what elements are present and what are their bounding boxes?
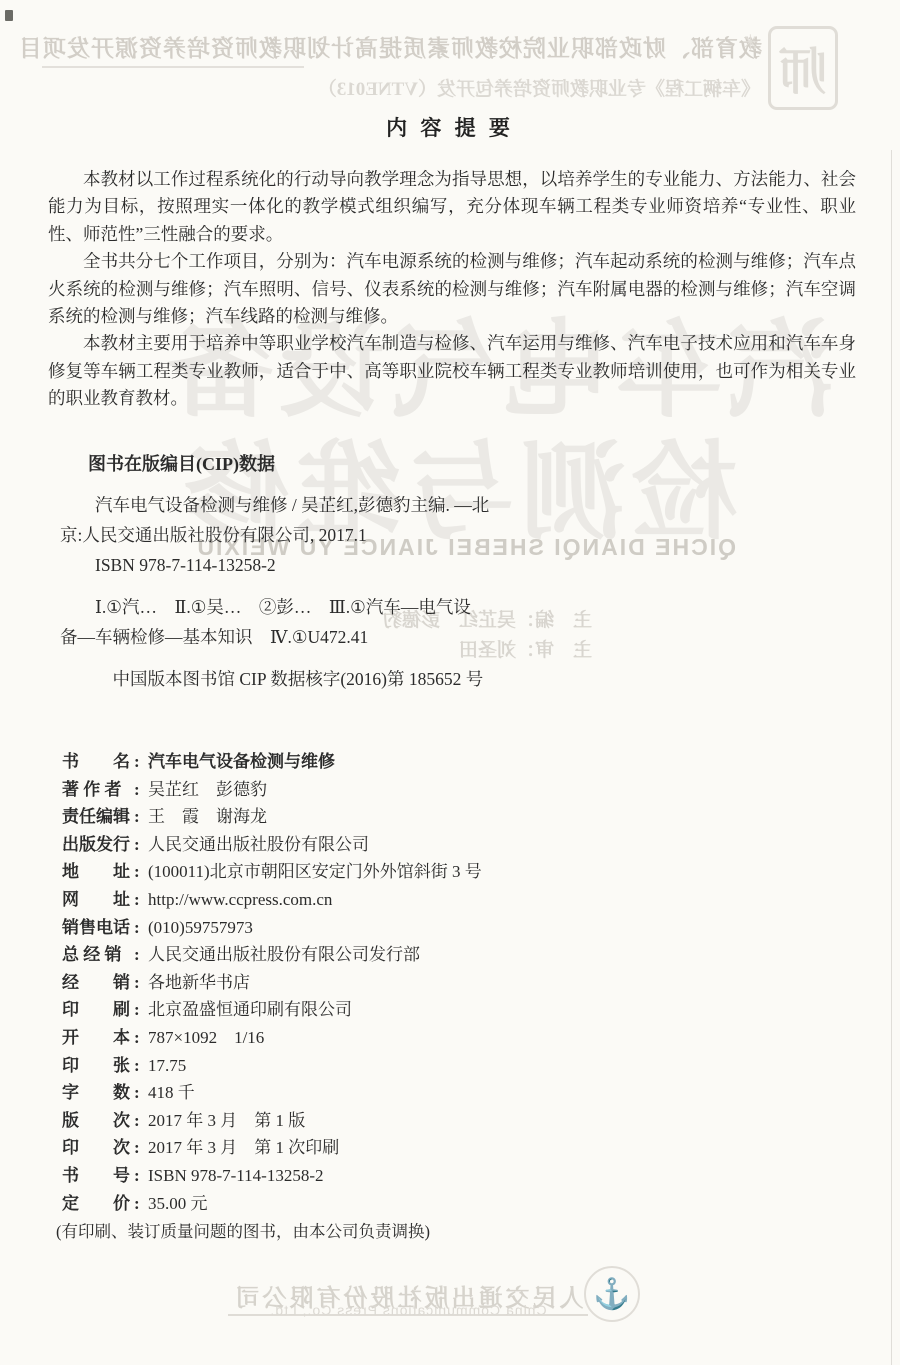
- cip-classification-line: 备—车辆检修—基本知识 Ⅳ.①U472.41: [60, 622, 680, 652]
- colophon-value: (100011)北京市朝阳区安定门外外馆斜街 3 号: [148, 862, 482, 881]
- cip-line: 汽车电气设备检测与维修 / 吴芷红,彭德豹主编. —北: [60, 490, 680, 520]
- cip-data-block: 图书在版编目(CIP)数据 汽车电气设备检测与维修 / 吴芷红,彭德豹主编. —…: [60, 450, 680, 694]
- bleedthrough-rule: [42, 66, 304, 68]
- bleedthrough-series-title: 教育部、财政部职业院校教师素质提高计划职教师资培养资源开发项目: [40, 30, 762, 63]
- colophon-label: 开 本: [62, 1024, 134, 1052]
- colophon-colon: :: [134, 803, 148, 831]
- scan-artifact-speck: [5, 10, 13, 21]
- colophon-colon: :: [134, 1052, 148, 1080]
- colophon-row-distributor: 总 经 销:人民交通出版社股份有限公司发行部: [62, 941, 842, 969]
- colophon-colon: :: [134, 941, 148, 969]
- cip-heading: 图书在版编目(CIP)数据: [88, 450, 680, 476]
- colophon-value: 787×1092 1/16: [148, 1028, 264, 1047]
- colophon-colon: :: [134, 1190, 148, 1218]
- colophon-label: 经 销: [62, 969, 134, 997]
- colophon-row-edition: 版 次:2017 年 3 月 第 1 版: [62, 1107, 842, 1135]
- bleedthrough-publisher-logo: ⚓: [584, 1266, 640, 1322]
- colophon-row-retailer: 经 销:各地新华书店: [62, 969, 842, 997]
- colophon-colon: :: [134, 776, 148, 804]
- colophon-colon: :: [134, 969, 148, 997]
- colophon-value: 各地新华书店: [148, 973, 250, 992]
- content-summary-body: 本教材以工作过程系统化的行动导向教学理念为指导思想，以培养学生的专业能力、方法能…: [48, 166, 856, 413]
- content-summary-heading: 内 容 提 要: [0, 112, 900, 142]
- quality-exchange-note: (有印刷、装订质量问题的图书，由本公司负责调换): [56, 1218, 430, 1245]
- colophon-label: 著 作 者: [62, 776, 134, 804]
- colophon-label: 版 次: [62, 1107, 134, 1135]
- scanned-copyright-page: 教育部、财政部职业院校教师素质提高计划职教师资培养资源开发项目 《车辆工程》专业…: [0, 0, 900, 1365]
- cip-line: 京:人民交通出版社股份有限公司, 2017.1: [60, 520, 680, 550]
- colophon-colon: :: [134, 831, 148, 859]
- colophon-colon: :: [134, 1079, 148, 1107]
- colophon-label: 印 刷: [62, 996, 134, 1024]
- colophon-value: 人民交通出版社股份有限公司发行部: [148, 945, 420, 964]
- cip-line: ISBN 978-7-114-13258-2: [60, 550, 680, 580]
- colophon-row-address: 地 址:(100011)北京市朝阳区安定门外外馆斜街 3 号: [62, 858, 842, 886]
- summary-paragraph: 本教材以工作过程系统化的行动导向教学理念为指导思想，以培养学生的专业能力、方法能…: [48, 166, 856, 248]
- colophon-value: 418 千: [148, 1083, 195, 1102]
- colophon-colon: :: [134, 748, 148, 776]
- colophon-colon: :: [134, 1134, 148, 1162]
- colophon-label: 地 址: [62, 858, 134, 886]
- colophon-label: 总 经 销: [62, 941, 134, 969]
- colophon-value: (010)59757973: [148, 918, 253, 937]
- colophon-row-word-count: 字 数:418 千: [62, 1079, 842, 1107]
- summary-paragraph: 全书共分七个工作项目，分别为：汽车电源系统的检测与维修；汽车起动系统的检测与维修…: [48, 248, 856, 330]
- colophon-value: 王 霞 谢海龙: [148, 807, 267, 826]
- cip-classification-line: Ⅰ.①汽… Ⅱ.①吴… ②彭… Ⅲ.①汽车—电气设: [60, 592, 680, 622]
- colophon-value: 北京盈盛恒通印刷有限公司: [148, 1000, 352, 1019]
- colophon-label: 销售电话: [62, 914, 134, 942]
- colophon-label: 定 价: [62, 1190, 134, 1218]
- colophon-row-authors: 著 作 者:吴芷红 彭德豹: [62, 776, 842, 804]
- colophon-colon: :: [134, 858, 148, 886]
- colophon-value: ISBN 978-7-114-13258-2: [148, 1166, 324, 1185]
- colophon-row-publisher: 出版发行:人民交通出版社股份有限公司: [62, 831, 842, 859]
- colophon-label: 书 名: [62, 748, 134, 776]
- colophon-colon: :: [134, 1024, 148, 1052]
- colophon-value: 汽车电气设备检测与维修: [148, 752, 335, 771]
- colophon-value: 2017 年 3 月 第 1 版: [148, 1111, 305, 1130]
- scan-edge-line: [891, 150, 892, 1365]
- anchor-icon: ⚓: [593, 1277, 630, 1312]
- colophon-label: 字 数: [62, 1079, 134, 1107]
- colophon-label: 网 址: [62, 886, 134, 914]
- colophon-row-printing: 印 次:2017 年 3 月 第 1 次印刷: [62, 1134, 842, 1162]
- colophon-value: 2017 年 3 月 第 1 次印刷: [148, 1138, 339, 1157]
- colophon-colon: :: [134, 886, 148, 914]
- colophon-colon: :: [134, 996, 148, 1024]
- colophon-row-format: 开 本:787×1092 1/16: [62, 1024, 842, 1052]
- bleedthrough-teacher-logo: 师: [768, 26, 838, 110]
- colophon-row-isbn: 书 号:ISBN 978-7-114-13258-2: [62, 1162, 842, 1190]
- bleedthrough-publisher-en: China Communications Press Co., Ltd.: [222, 1302, 594, 1318]
- colophon-row-price: 定 价:35.00 元: [62, 1190, 842, 1218]
- colophon-row-title: 书 名:汽车电气设备检测与维修: [62, 748, 842, 776]
- colophon-colon: :: [134, 1162, 148, 1190]
- colophon-value: 35.00 元: [148, 1194, 208, 1213]
- colophon-label: 出版发行: [62, 831, 134, 859]
- colophon-value: 人民交通出版社股份有限公司: [148, 835, 369, 854]
- teacher-logo-glyph: 师: [778, 32, 828, 104]
- colophon-row-website: 网 址:http://www.ccpress.com.cn: [62, 886, 842, 914]
- colophon-list: 书 名:汽车电气设备检测与维修 著 作 者:吴芷红 彭德豹 责任编辑:王 霞 谢…: [62, 748, 842, 1217]
- colophon-row-sheets: 印 张:17.75: [62, 1052, 842, 1080]
- colophon-label: 印 张: [62, 1052, 134, 1080]
- colophon-row-printer: 印 刷:北京盈盛恒通印刷有限公司: [62, 996, 842, 1024]
- colophon-label: 印 次: [62, 1134, 134, 1162]
- colophon-value: http://www.ccpress.com.cn: [148, 890, 332, 909]
- colophon-value: 吴芷红 彭德豹: [148, 780, 267, 799]
- colophon-label: 责任编辑: [62, 803, 134, 831]
- colophon-row-editor: 责任编辑:王 霞 谢海龙: [62, 803, 842, 831]
- colophon-colon: :: [134, 1107, 148, 1135]
- colophon-colon: :: [134, 914, 148, 942]
- summary-paragraph: 本教材主要用于培养中等职业学校汽车制造与检修、汽车运用与维修、汽车电子技术应用和…: [48, 330, 856, 412]
- colophon-label: 书 号: [62, 1162, 134, 1190]
- bleedthrough-asterisk-icon: ✳: [742, 30, 759, 55]
- colophon-row-sales-phone: 销售电话:(010)59757973: [62, 914, 842, 942]
- cip-record-number-line: 中国版本图书馆 CIP 数据核字(2016)第 185652 号: [60, 664, 680, 694]
- bleedthrough-series-subtitle: 《车辆工程》专业职教师资培养包开发（VTNE013）: [340, 74, 760, 101]
- colophon-value: 17.75: [148, 1056, 186, 1075]
- bleedthrough-publisher-cn: 人民交通出版社股份有限公司: [228, 1278, 588, 1316]
